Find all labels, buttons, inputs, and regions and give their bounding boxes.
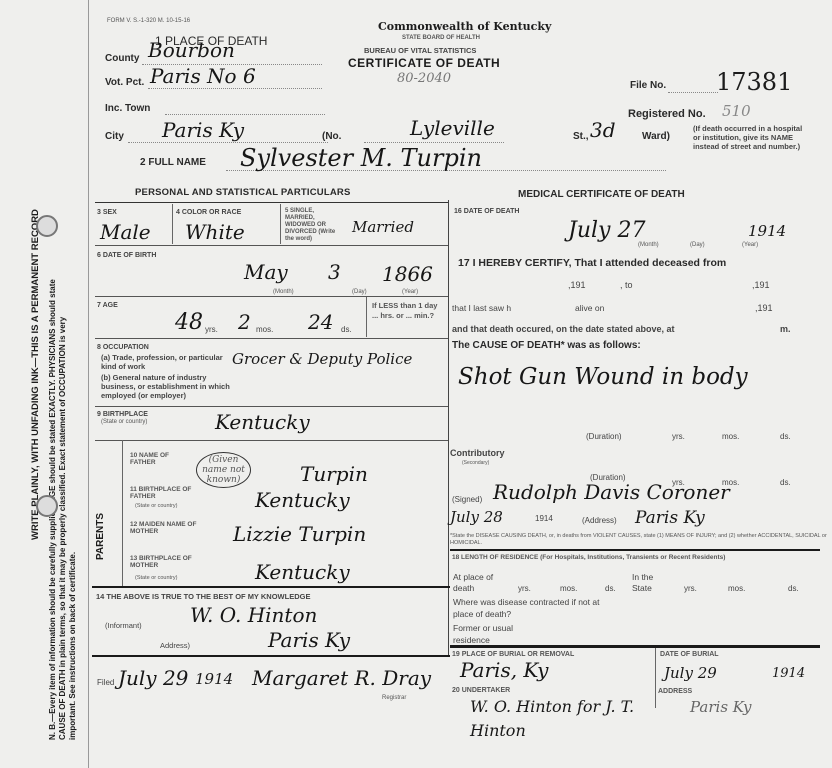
physician-address-value: Paris Ky: [635, 508, 705, 528]
city-line: [128, 142, 328, 143]
registered-no-label: Registered No.: [628, 108, 706, 120]
signed-label: (Signed): [452, 495, 482, 504]
burial-date-label: DATE OF BURIAL: [660, 651, 719, 658]
dob-month: May: [244, 260, 288, 284]
occupation-b-label: (b) General nature of industry business,…: [101, 373, 241, 400]
rule: [95, 406, 448, 407]
street-value: Lyleville: [410, 116, 495, 140]
last-saw-label: that I last saw h: [452, 303, 511, 313]
contributory-caption: (Secondary): [462, 460, 489, 466]
undertaker-address-value: Paris Ky: [690, 698, 752, 716]
date-of-death-label: 16 DATE OF DEATH: [454, 208, 519, 215]
form-number: FORM V. S.-1-320 M. 10-15-16: [107, 18, 190, 24]
vot-pct-line: [148, 88, 322, 89]
date-of-death-year: 1914: [748, 222, 786, 240]
signed-year: 1914: [535, 514, 553, 523]
death-certificate: WRITE PLAINLY, WITH UNFADING INK—THIS IS…: [0, 0, 832, 768]
undertaker-label: 20 UNDERTAKER: [452, 687, 510, 694]
inc-town-line: [165, 114, 325, 115]
age-ds-caption: ds.: [341, 325, 352, 334]
age-months: 2: [238, 310, 251, 334]
informant-address-label: Address): [160, 641, 190, 650]
attended-from-year: ,191: [568, 280, 586, 290]
full-name-label: 2 FULL NAME: [140, 157, 206, 168]
certify-statement: 17 I HEREBY CERTIFY, That I attended dec…: [458, 257, 726, 269]
burial-year-value: 1914: [772, 666, 805, 681]
registrar-label: Registrar: [382, 695, 406, 701]
dob-month-caption: (Month): [273, 289, 294, 295]
full-name-value: Sylvester M. Turpin: [240, 144, 482, 172]
physician-address-label: (Address): [582, 516, 617, 525]
mother-birthplace-caption: (State or country): [135, 575, 178, 581]
father-note: (Given name not known): [196, 452, 251, 488]
punch-hole-top: [36, 215, 58, 237]
file-no-value: 17381: [716, 68, 792, 96]
attended-to-label: , to: [620, 280, 633, 290]
occupation-a-label: (a) Trade, profession, or particular kin…: [101, 353, 227, 371]
less-than-day-label: If LESS than 1 day ... hrs. or ... min.?: [372, 301, 442, 321]
at-place-label: At place of death: [453, 572, 501, 594]
attended-to-year: ,191: [752, 280, 770, 290]
physician-signature: Rudolph Davis Coroner: [493, 480, 730, 504]
contributory-label: Contributory: [450, 448, 505, 458]
mother-name-label: 12 MAIDEN NAME OF MOTHER: [130, 521, 215, 535]
father-birthplace-value: Kentucky: [255, 488, 350, 512]
occupation-a-value: Grocer & Deputy Police: [232, 350, 412, 368]
age-yrs-caption: yrs.: [205, 325, 218, 334]
dob-year: 1866: [382, 262, 433, 286]
side-instruction-occupation: important. See instructions on back of c…: [68, 552, 77, 740]
death-occurred-label: and that death occured, on the date stat…: [452, 324, 675, 334]
race-label: 4 COLOR OR RACE: [176, 209, 241, 216]
rule: [95, 202, 448, 203]
rule: [280, 204, 281, 244]
age-days: 24: [308, 310, 333, 334]
bureau-title: BUREAU OF VITAL STATISTICS: [364, 46, 476, 55]
hospital-note: (If death occurred in a hospital or inst…: [693, 124, 811, 151]
at-place-ds: ds.: [605, 584, 616, 593]
cause-of-death-value: Shot Gun Wound in body: [458, 364, 748, 390]
state-title: Commonwealth of Kentucky: [378, 20, 551, 33]
father-name-label: 10 NAME OF FATHER: [130, 452, 190, 466]
occupation-label: 8 OCCUPATION: [97, 344, 149, 351]
city-value: Paris Ky: [162, 118, 244, 142]
informant-value: W. O. Hinton: [190, 603, 317, 627]
last-saw-year: ,191: [755, 303, 773, 313]
ward-label: Ward): [642, 131, 670, 142]
stamp-number: 80-2040: [397, 71, 451, 86]
rule: [450, 549, 820, 551]
father-birthplace-caption: (State or country): [135, 503, 178, 509]
dod-month-caption: (Month): [638, 242, 659, 248]
in-state-label: In the State: [632, 572, 672, 594]
date-of-death-value: July 27: [568, 218, 645, 243]
file-no-dots: [668, 92, 718, 93]
filed-label: Filed: [97, 678, 114, 687]
informant-address-value: Paris Ky: [268, 628, 350, 652]
time-m-label: m.: [780, 324, 791, 334]
street-line: [364, 142, 504, 143]
in-state-yrs: yrs.: [684, 584, 697, 593]
birthplace-label: 9 BIRTHPLACE: [97, 411, 148, 418]
father-name-value: Turpin: [300, 462, 368, 486]
in-state-mos: mos.: [728, 584, 745, 593]
rule: [122, 440, 123, 588]
at-place-mos: mos.: [560, 584, 577, 593]
rule: [172, 204, 173, 244]
registered-no-value: 510: [722, 102, 751, 120]
alive-on-label: alive on: [575, 303, 604, 313]
sex-value: Male: [100, 220, 151, 244]
birthplace-caption: (State or country): [101, 419, 147, 425]
side-instruction-main: WRITE PLAINLY, WITH UNFADING INK—THIS IS…: [30, 209, 41, 540]
birthplace-value: Kentucky: [215, 410, 310, 434]
age-years: 48: [175, 310, 203, 335]
parents-side-label: PARENTS: [95, 513, 106, 560]
duration-label: (Duration): [586, 432, 622, 441]
county-label: County: [105, 53, 139, 64]
in-state-ds: ds.: [788, 584, 799, 593]
mother-birthplace-value: Kentucky: [255, 560, 350, 584]
dod-year-caption: (Year): [742, 242, 758, 248]
former-residence-label: Former or usual residence: [453, 622, 528, 646]
marital-label: 5 SINGLE, MARRIED, WIDOWED OR DIVORCED (…: [285, 208, 345, 243]
age-label: 7 AGE: [97, 302, 118, 309]
informant-statement: 14 THE ABOVE IS TRUE TO THE BEST OF MY K…: [96, 592, 310, 601]
rule: [92, 586, 450, 588]
signed-date: July 28: [450, 508, 503, 526]
burial-place-value: Paris, Ky: [460, 658, 548, 682]
marital-value: Married: [352, 218, 414, 236]
rule: [95, 440, 448, 441]
contracted-label: Where was disease contracted if not at p…: [453, 596, 613, 620]
county-value: Bourbon: [148, 38, 235, 62]
st-label: St.,: [573, 131, 589, 142]
registrar-signature: Margaret R. Dray: [252, 666, 431, 690]
margin-line: [88, 0, 89, 768]
street-no-label: (No.: [322, 131, 341, 142]
undertaker-address-label: ADDRESS: [658, 688, 692, 695]
burial-date-value: July 29: [664, 664, 717, 682]
rule: [95, 338, 448, 339]
at-place-yrs: yrs.: [518, 584, 531, 593]
filed-date: July 29: [118, 666, 188, 690]
father-birthplace-label: 11 BIRTHPLACE OF FATHER: [130, 486, 215, 500]
duration-2-ds: ds.: [780, 478, 791, 487]
personal-heading: PERSONAL AND STATISTICAL PARTICULARS: [135, 187, 351, 198]
vot-pct-value: Paris No 6: [150, 64, 256, 88]
duration-ds: ds.: [780, 432, 791, 441]
dob-day-caption: (Day): [352, 289, 367, 295]
sex-label: 3 SEX: [97, 209, 117, 216]
informant-label: (Informant): [105, 621, 142, 630]
filed-year: 1914: [195, 670, 233, 688]
rule: [92, 655, 450, 657]
race-value: White: [185, 220, 245, 244]
dod-day-caption: (Day): [690, 242, 705, 248]
st-value: 3d: [590, 118, 616, 142]
rule: [95, 296, 448, 297]
age-mos-caption: mos.: [256, 325, 273, 334]
mother-birthplace-label: 13 BIRTHPLACE OF MOTHER: [130, 555, 215, 569]
side-instruction-cause: CAUSE OF DEATH in plain terms, so that i…: [58, 317, 67, 740]
dob-year-caption: (Year): [402, 289, 418, 295]
rule: [450, 645, 820, 648]
undertaker-value: W. O. Hinton for J. T. Hinton: [470, 695, 660, 743]
vot-pct-label: Vot. Pct.: [105, 77, 144, 88]
file-no-label: File No.: [630, 80, 666, 91]
city-label: City: [105, 131, 124, 142]
rule: [95, 245, 448, 246]
punch-hole-bottom: [36, 495, 58, 517]
dob-day: 3: [328, 260, 341, 284]
cause-footnote: *State the DISEASE CAUSING DEATH, or, in…: [450, 533, 830, 547]
rule: [366, 297, 367, 337]
inc-town-label: Inc. Town: [105, 103, 150, 114]
medical-heading: MEDICAL CERTIFICATE OF DEATH: [518, 189, 685, 200]
dob-label: 6 DATE OF BIRTH: [97, 252, 156, 259]
certificate-title: CERTIFICATE OF DEATH: [348, 56, 500, 70]
board-title: STATE BOARD OF HEALTH: [402, 35, 480, 41]
residence-heading: 18 LENGTH OF RESIDENCE (For Hospitals, I…: [452, 554, 827, 562]
cause-of-death-label: The CAUSE OF DEATH* was as follows:: [452, 340, 641, 351]
duration-yrs: yrs.: [672, 432, 685, 441]
burial-place-label: 19 PLACE OF BURIAL OR REMOVAL: [452, 651, 574, 658]
duration-mos: mos.: [722, 432, 739, 441]
mother-name-value: Lizzie Turpin: [233, 522, 366, 546]
